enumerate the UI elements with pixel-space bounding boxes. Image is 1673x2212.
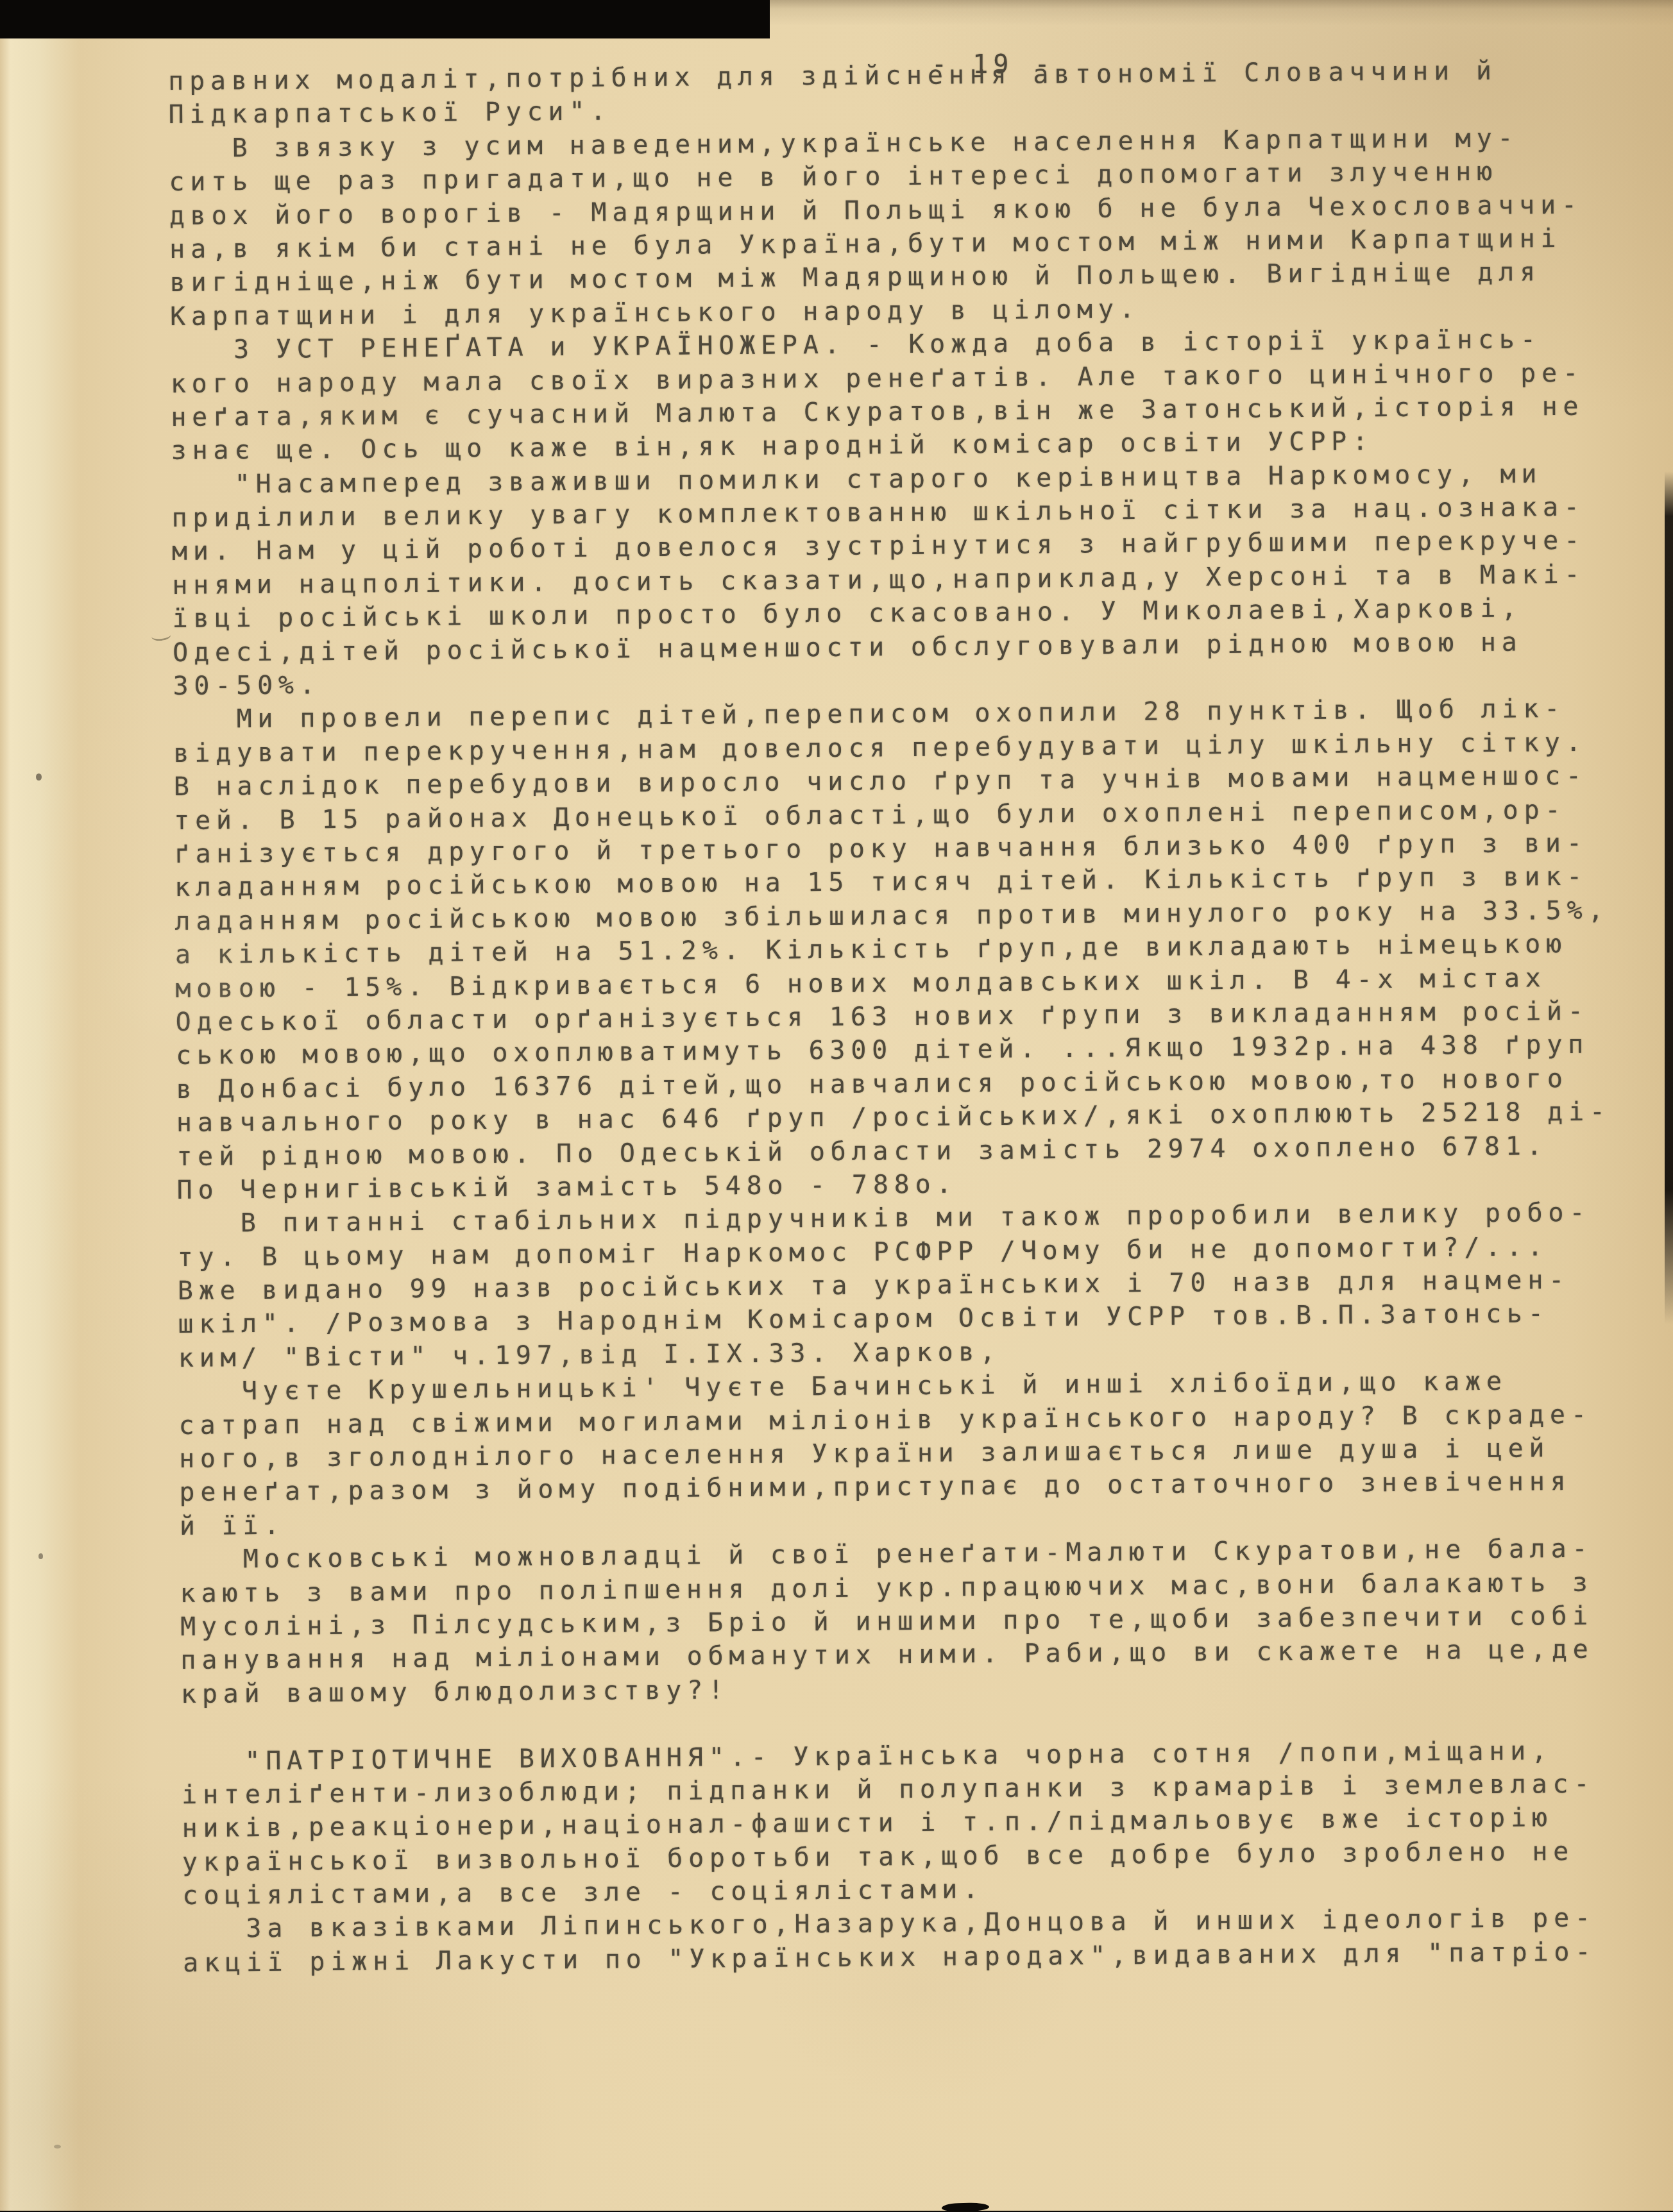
paper-speck bbox=[38, 1553, 43, 1559]
top-edge-shadow bbox=[0, 0, 770, 38]
pencil-mark bbox=[151, 630, 171, 641]
paper-speck bbox=[36, 773, 42, 781]
bottom-edge-mark bbox=[942, 2202, 989, 2211]
typewritten-text: правних модаліт,потрібних для здійснення… bbox=[168, 55, 1658, 1982]
document-page: - 19 - правних модаліт,потрібних для зді… bbox=[0, 0, 1673, 2211]
right-edge-shadow bbox=[1665, 471, 1673, 1324]
paper-speck bbox=[54, 2145, 61, 2149]
